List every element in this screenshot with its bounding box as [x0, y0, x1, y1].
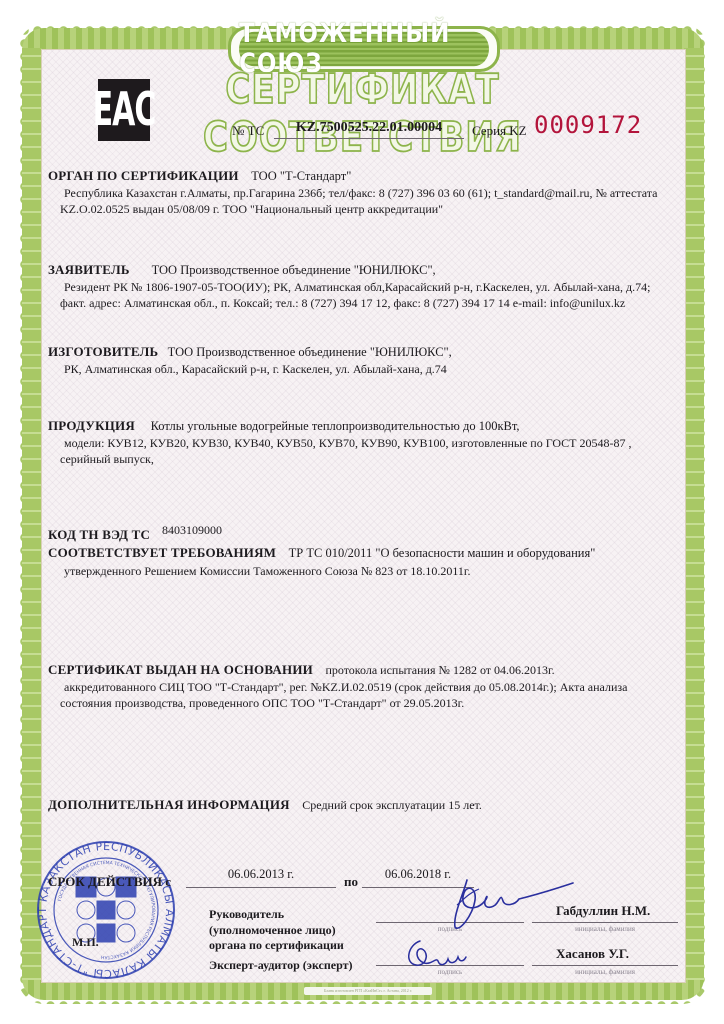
body-address: Республика Казахстан г.Алматы, пр.Гагари…: [48, 185, 668, 202]
section-basis: СЕРТИФИКАТ ВЫДАН НА ОСНОВАНИИ протокола …: [48, 662, 668, 712]
basis-protocol: протокола испытания № 1282 от 04.06.2013…: [325, 663, 554, 677]
section-applicant: ЗАЯВИТЕЛЬ ТОО Производственное объединен…: [48, 262, 668, 312]
section-manufacturer: ИЗГОТОВИТЕЛЬ ТОО Производственное объеди…: [48, 344, 668, 377]
section-heading: СООТВЕТСТВУЕТ ТРЕБОВАНИЯМ: [48, 545, 276, 560]
body-name: ТОО "Т-Стандарт": [251, 169, 351, 183]
section-product: ПРОДУКЦИЯ Котлы угольные водогрейные теп…: [48, 418, 668, 468]
additional-info-value: Средний срок эксплуатации 15 лет.: [302, 798, 482, 812]
product-name: Котлы угольные водогрейные теплопроизвод…: [151, 419, 520, 433]
seal-placeholder-label: М.П.: [72, 935, 99, 950]
section-heading: ОРГАН ПО СЕРТИФИКАЦИИ: [48, 168, 239, 183]
section-heading: ДОПОЛНИТЕЛЬНАЯ ИНФОРМАЦИЯ: [48, 797, 290, 812]
eac-logo-icon: EAC: [98, 79, 150, 141]
valid-to-label: по: [344, 874, 358, 890]
compliance-regulation: ТР ТС 010/2011 "О безопасности машин и о…: [289, 546, 596, 560]
head-role: Руководитель (уполномоченное лицо) орган…: [209, 907, 344, 954]
head-signature-icon: [445, 875, 595, 935]
applicant-name: ТОО Производственное объединение "ЮНИЛЮК…: [152, 263, 436, 277]
expert-role: Эксперт-аудитор (эксперт): [209, 958, 353, 974]
section-certification-body: ОРГАН ПО СЕРТИФИКАЦИИ ТОО "Т-Стандарт" Р…: [48, 168, 668, 218]
section-heading: СЕРТИФИКАТ ВЫДАН НА ОСНОВАНИИ: [48, 662, 313, 677]
section-compliance: СООТВЕТСТВУЕТ ТРЕБОВАНИЯМ ТР ТС 010/2011…: [48, 545, 668, 579]
basis-audit: состояния производства, проведенного ОПС…: [48, 695, 668, 712]
series-number: 0009172: [534, 111, 642, 139]
series-label: Серия KZ: [472, 123, 527, 139]
product-production-type: серийный выпуск,: [48, 451, 668, 468]
section-heading: КОД ТН ВЭД ТС: [48, 527, 150, 542]
blank-print-note: Бланк изготовлен РГП «КазИнСт» г. Астана…: [304, 987, 432, 995]
product-models: модели: КУВ12, КУВ20, КУВ30, КУВ40, КУВ5…: [48, 435, 668, 452]
applicant-address: Резидент РК № 1806-1907-05-ТОО(ИУ); РК, …: [48, 279, 668, 296]
section-heading: ПРОДУКЦИЯ: [48, 418, 135, 433]
number-label: № ТС: [232, 123, 264, 139]
expert-name-line: [532, 965, 678, 966]
section-hs-code: КОД ТН ВЭД ТС8403109000: [48, 527, 668, 544]
section-additional-info: ДОПОЛНИТЕЛЬНАЯ ИНФОРМАЦИЯ Средний срок э…: [48, 797, 668, 814]
expert-name: Хасанов У.Г.: [556, 946, 629, 962]
valid-from-date: 06.06.2013 г.: [186, 867, 336, 888]
section-heading: ИЗГОТОВИТЕЛЬ: [48, 344, 158, 359]
manufacturer-address: РК, Алматинская обл., Карасайский р-н, г…: [48, 361, 668, 378]
customs-union-text: ТАМОЖЕННЫЙ СОЮЗ: [239, 32, 489, 67]
applicant-contacts: факт. адрес: Алматинская обл., п. Коксай…: [48, 295, 668, 312]
section-heading: ЗАЯВИТЕЛЬ: [48, 262, 130, 277]
manufacturer-name: ТОО Производственное объединение "ЮНИЛЮК…: [168, 345, 452, 359]
hs-code-value: 8403109000: [162, 523, 222, 537]
certificate-title: СЕРТИФИКАТ СООТВЕТСТВИЯ: [175, 66, 550, 162]
compliance-approval: утвержденного Решением Комиссии Таможенн…: [48, 563, 668, 580]
body-accreditation: KZ.О.02.0525 выдан 05/08/09 г. ТОО "Наци…: [48, 201, 668, 218]
name-caption: инициалы, фамилия: [532, 968, 678, 976]
certificate-number: KZ.7500525.22.01.00004: [274, 120, 464, 139]
expert-signature-icon: [400, 935, 470, 975]
basis-lab: аккредитованного СИЦ ТОО "Т-Стандарт", р…: [48, 679, 668, 696]
validity-label: СРОК ДЕЙСТВИЯ с: [48, 874, 171, 890]
border-right: [684, 48, 704, 980]
organization-seal-icon: КАЗАКСТАН РЕСПУБЛИКАСЫ АЛМАТЫ КАЛАСЫ "Т-…: [36, 840, 176, 980]
